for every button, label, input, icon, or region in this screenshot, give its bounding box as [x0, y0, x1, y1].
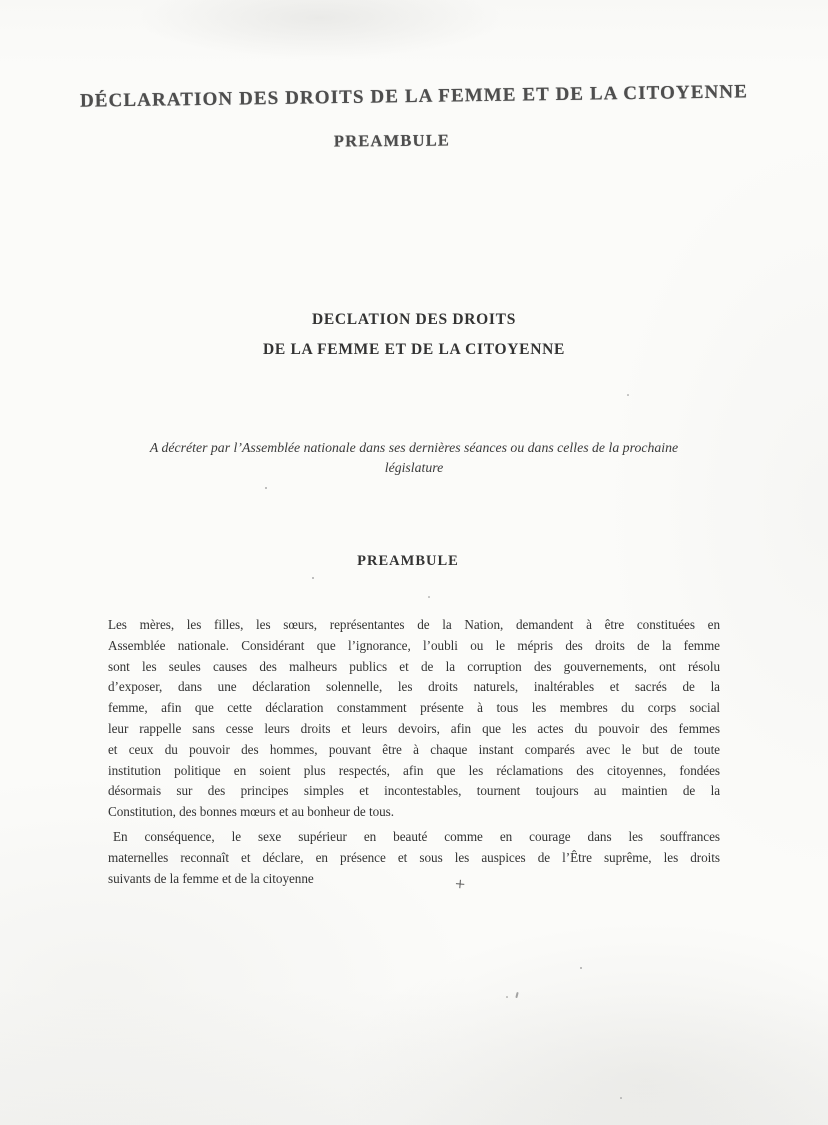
body-line: Assemblée nationale. Considérant que l’i… [108, 636, 720, 657]
body-line: désormais sur des principes simples et i… [108, 781, 720, 802]
declaration-title-line1: DECLATION DES DROITS [0, 311, 828, 329]
decree-note-line1: A décréter par l’Assemblée nationale dan… [0, 438, 828, 458]
body-line: En conséquence, le sexe supérieur en bea… [108, 827, 720, 848]
scanned-document-page: DÉCLARATION DES DROITS DE LA FEMME ET DE… [0, 0, 828, 1125]
scan-speck [515, 992, 518, 998]
scan-speck [312, 577, 314, 579]
body-line: institution politique en soient plus res… [108, 761, 720, 782]
body-line: femme, afin que cette déclaration consta… [108, 698, 720, 719]
document-stamp-title: DÉCLARATION DES DROITS DE LA FEMME ET DE… [0, 80, 828, 114]
scan-speck [580, 967, 582, 969]
body-line: leur rappelle sans cesse leurs droits et… [108, 719, 720, 740]
scan-speck [506, 996, 508, 998]
body-line: d’exposer, dans une déclaration solennel… [108, 677, 720, 698]
body-line: Constitution, des bonnes mœurs et au bon… [108, 802, 720, 823]
body-line: et ceux du pouvoir des hommes, pouvant ê… [108, 740, 720, 761]
body-line: sont les seules causes des malheurs publ… [108, 657, 720, 678]
body-line: suivants de la femme et de la citoyenne [108, 869, 720, 890]
body-line: Les mères, les filles, les sœurs, représ… [108, 615, 720, 636]
scan-speck [265, 487, 267, 489]
pen-cross-mark: + [454, 874, 466, 896]
declaration-title-line2: DE LA FEMME ET DE LA CITOYENNE [0, 341, 828, 359]
scan-speck [620, 1097, 622, 1099]
document-stamp-subtitle: PREAMBULE [0, 127, 806, 154]
scan-speck [428, 596, 430, 598]
scan-speck [627, 394, 629, 396]
preambule-section-heading: PREAMBULE [0, 553, 822, 570]
decree-note-line2: législature [0, 458, 828, 478]
decree-note: A décréter par l’Assemblée nationale dan… [0, 438, 828, 478]
preamble-paragraph-1: Les mères, les filles, les sœurs, représ… [108, 615, 720, 823]
preamble-paragraph-2: En conséquence, le sexe supérieur en bea… [108, 827, 720, 889]
body-line: maternelles reconnaît et déclare, en pré… [108, 848, 720, 869]
